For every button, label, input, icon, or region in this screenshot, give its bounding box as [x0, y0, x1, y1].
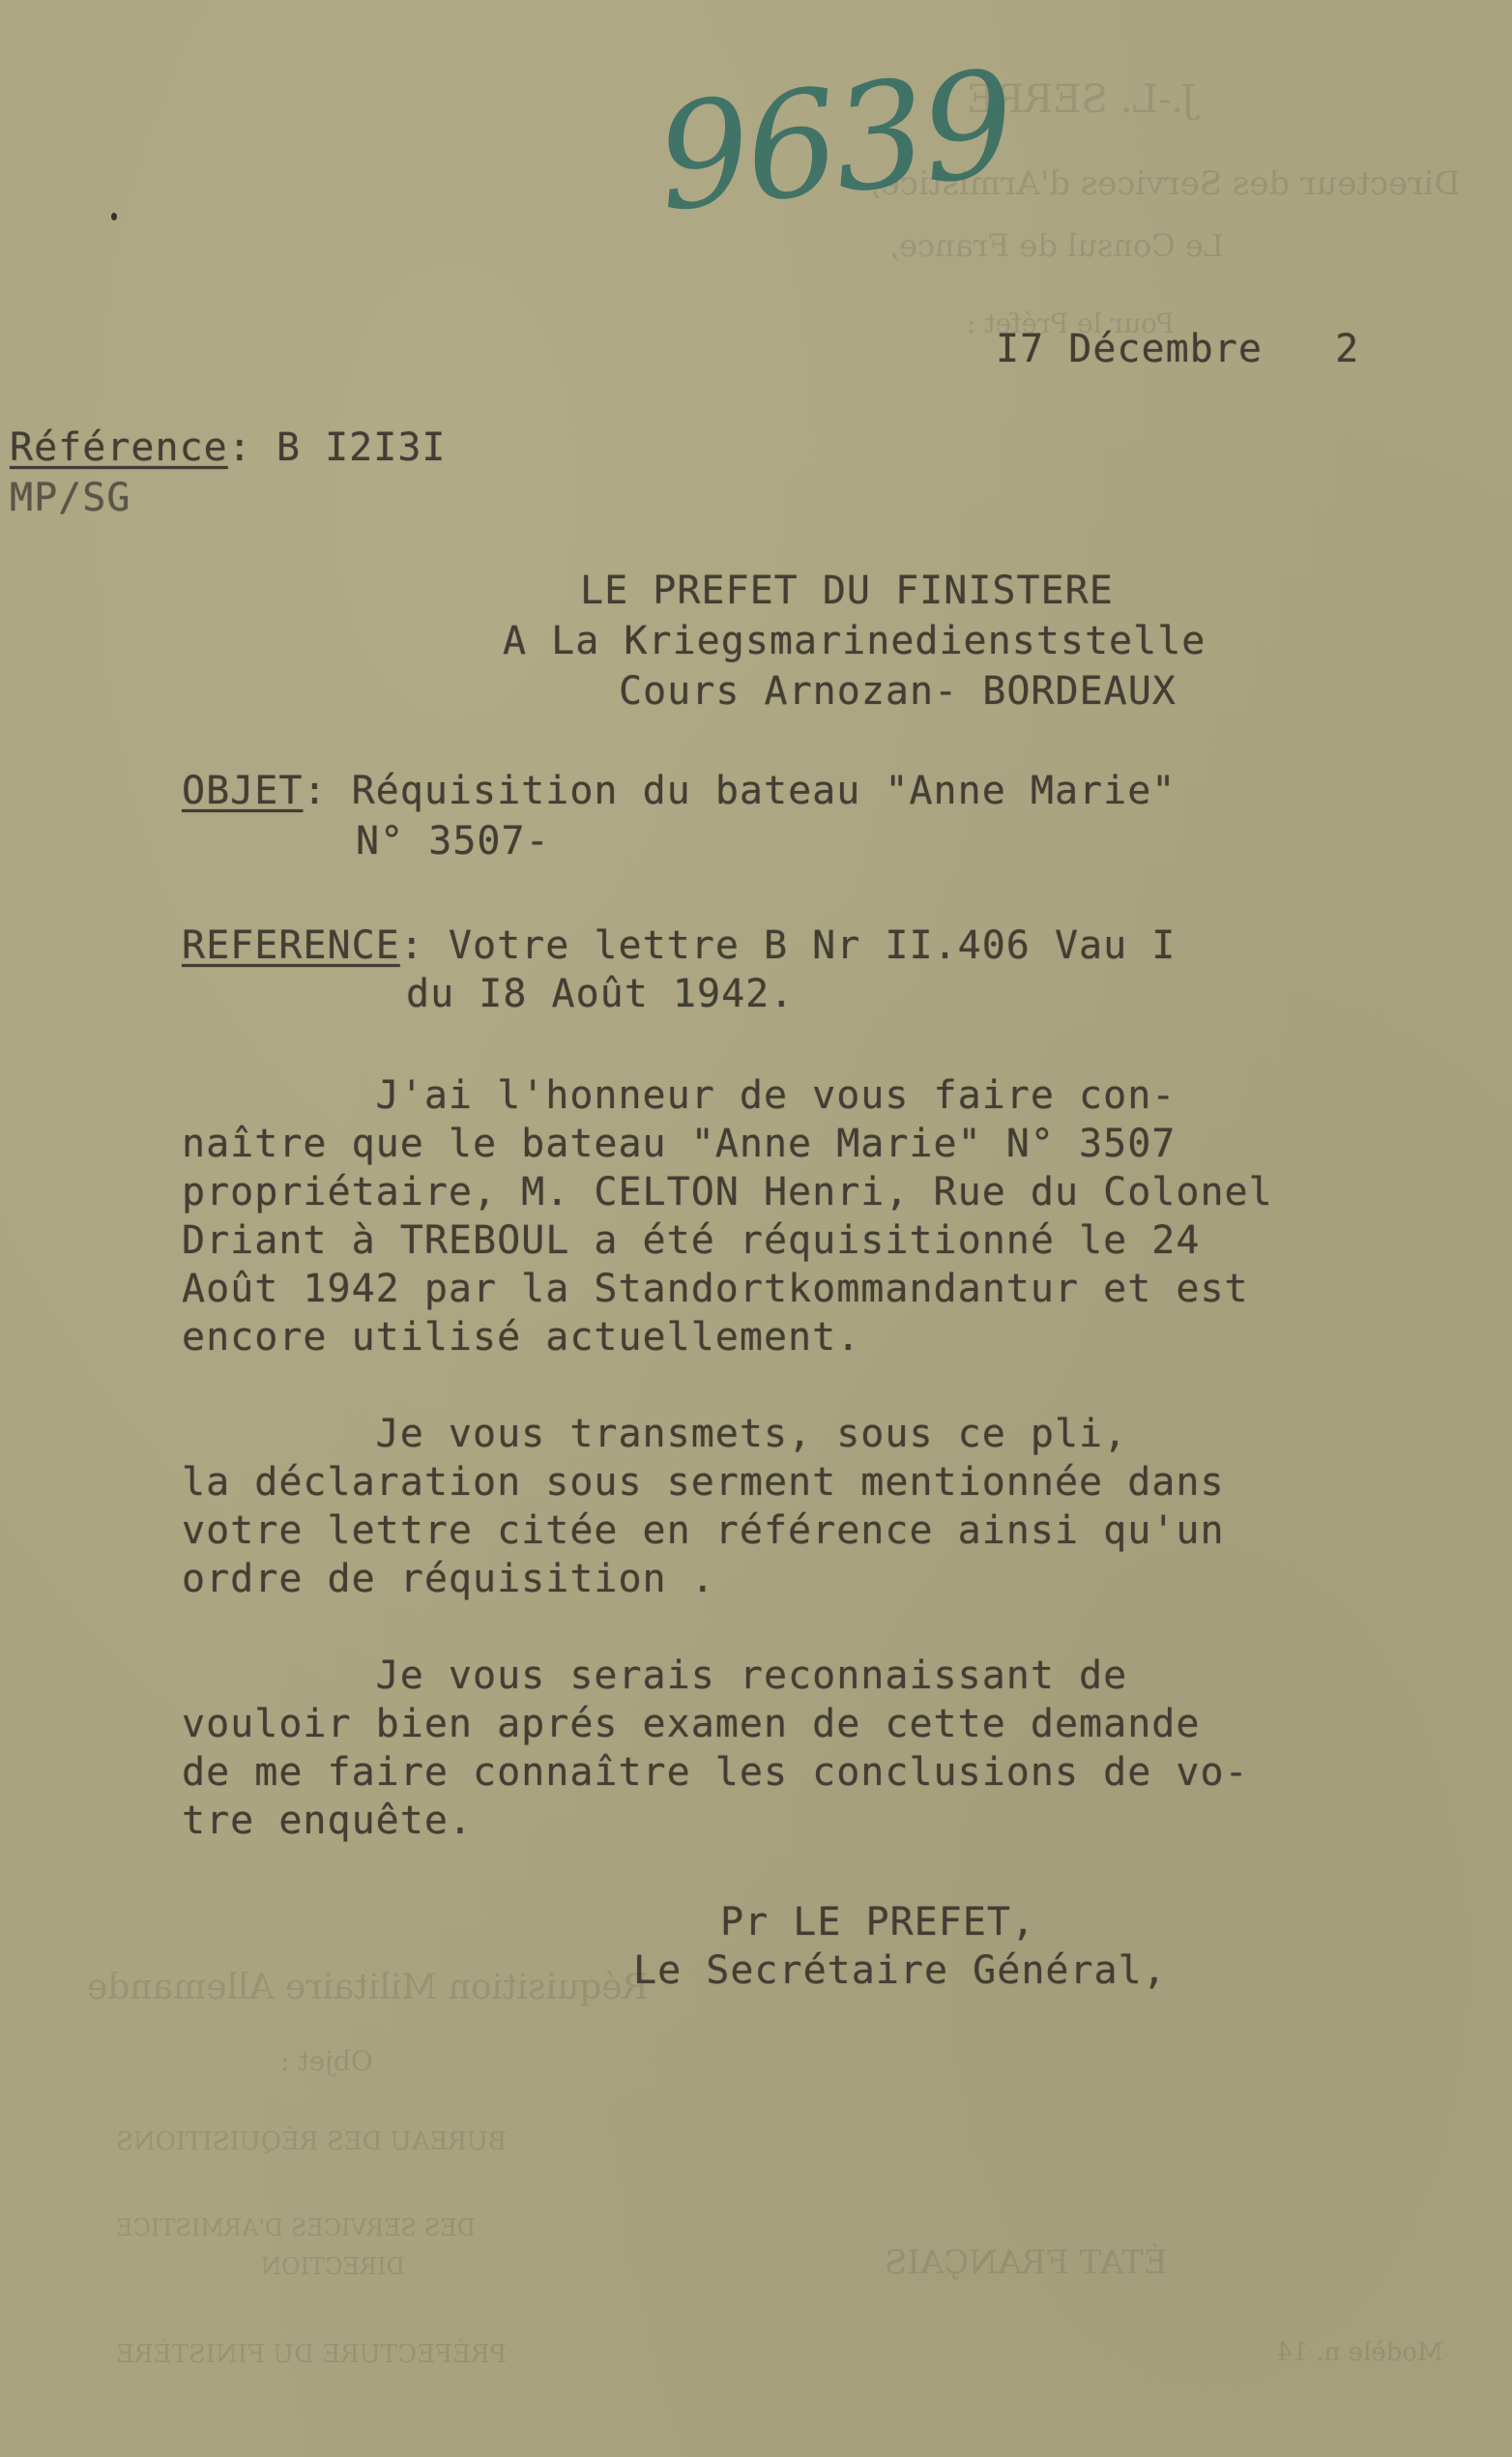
reference2-label: REFERENCE	[182, 923, 400, 968]
reference-label: Référence	[10, 425, 228, 470]
recipient-line-1: A La Kriegsmarinedienststelle	[503, 619, 1206, 663]
bleed-through-bureau: BUREAU DES RÉQUISITIONS	[116, 2127, 507, 2156]
paragraph-line: propriétaire, M. CELTON Henri, Rue du Co…	[182, 1170, 1273, 1214]
objet-text: : Réquisition du bateau "Anne Marie"	[303, 769, 1176, 813]
paragraph-line: Août 1942 par la Standortkommandantur et…	[182, 1267, 1249, 1311]
reference-value: : B I2I3I	[228, 425, 447, 470]
bleed-through-consul: Le Consul de France,	[889, 227, 1224, 264]
paragraph-line: Je vous transmets, sous ce pli,	[182, 1412, 1127, 1456]
paragraph-line: Je vous serais reconnaissant de	[182, 1653, 1127, 1698]
paragraph-line: encore utilisé actuellement.	[182, 1315, 860, 1360]
bleed-through-prefecture: PRÉFECTURE DU FINISTÈRE	[116, 2340, 507, 2369]
paragraph-line: de me faire connaître les conclusions de…	[182, 1750, 1249, 1795]
paragraph-line: Driant à TREBOUL a été réquisitionné le …	[182, 1218, 1200, 1263]
bleed-through-requisition: Réquisition Militaire Allemande	[87, 1968, 649, 2007]
ink-spot	[111, 213, 117, 220]
objet-label: OBJET	[182, 769, 303, 813]
reference2-text: : Votre lettre B Nr II.406 Vau I	[400, 923, 1177, 968]
paragraph-line: ordre de réquisition .	[182, 1557, 715, 1601]
reference2-block: REFERENCE: Votre lettre B Nr II.406 Vau …	[182, 923, 1176, 968]
sender: LE PREFET DU FINISTERE	[580, 569, 1114, 613]
bleed-through-direction: DIRECTION	[261, 2253, 405, 2280]
objet-block: OBJET: Réquisition du bateau "Anne Marie…	[182, 769, 1176, 813]
reference2-date: du I8 Août 1942.	[406, 972, 794, 1016]
initials: MP/SG	[10, 476, 131, 520]
paragraph-line: J'ai l'honneur de vous faire con-	[182, 1073, 1176, 1118]
signature-line-2: Le Secrétaire Général,	[633, 1948, 1167, 1993]
reference-block: Référence: B I2I3I	[10, 425, 447, 470]
paragraph-line: votre lettre citée en référence ainsi qu…	[182, 1508, 1225, 1553]
paragraph-line: vouloir bien aprés examen de cette deman…	[182, 1702, 1200, 1746]
bleed-through-modele: Modèle n. 14	[1276, 2338, 1443, 2367]
bleed-through-objet: Objet :	[280, 2045, 373, 2077]
letter-date: I7 Décembre 2	[996, 327, 1359, 371]
paragraph-line: la déclaration sous serment mentionnée d…	[182, 1460, 1225, 1505]
objet-number: N° 3507-	[356, 819, 550, 863]
bleed-through-etat: ÉTAT FRANÇAIS	[885, 2243, 1168, 2282]
signature-line-1: Pr LE PREFET,	[720, 1900, 1035, 1945]
bleed-through-services: DES SERVICES D'ARMISTICE	[116, 2214, 476, 2241]
paragraph-line: tre enquête.	[182, 1799, 473, 1843]
recipient-line-2: Cours Arnozan- BORDEAUX	[619, 669, 1177, 714]
paragraph-line: naître que le bateau "Anne Marie" N° 350…	[182, 1122, 1176, 1166]
